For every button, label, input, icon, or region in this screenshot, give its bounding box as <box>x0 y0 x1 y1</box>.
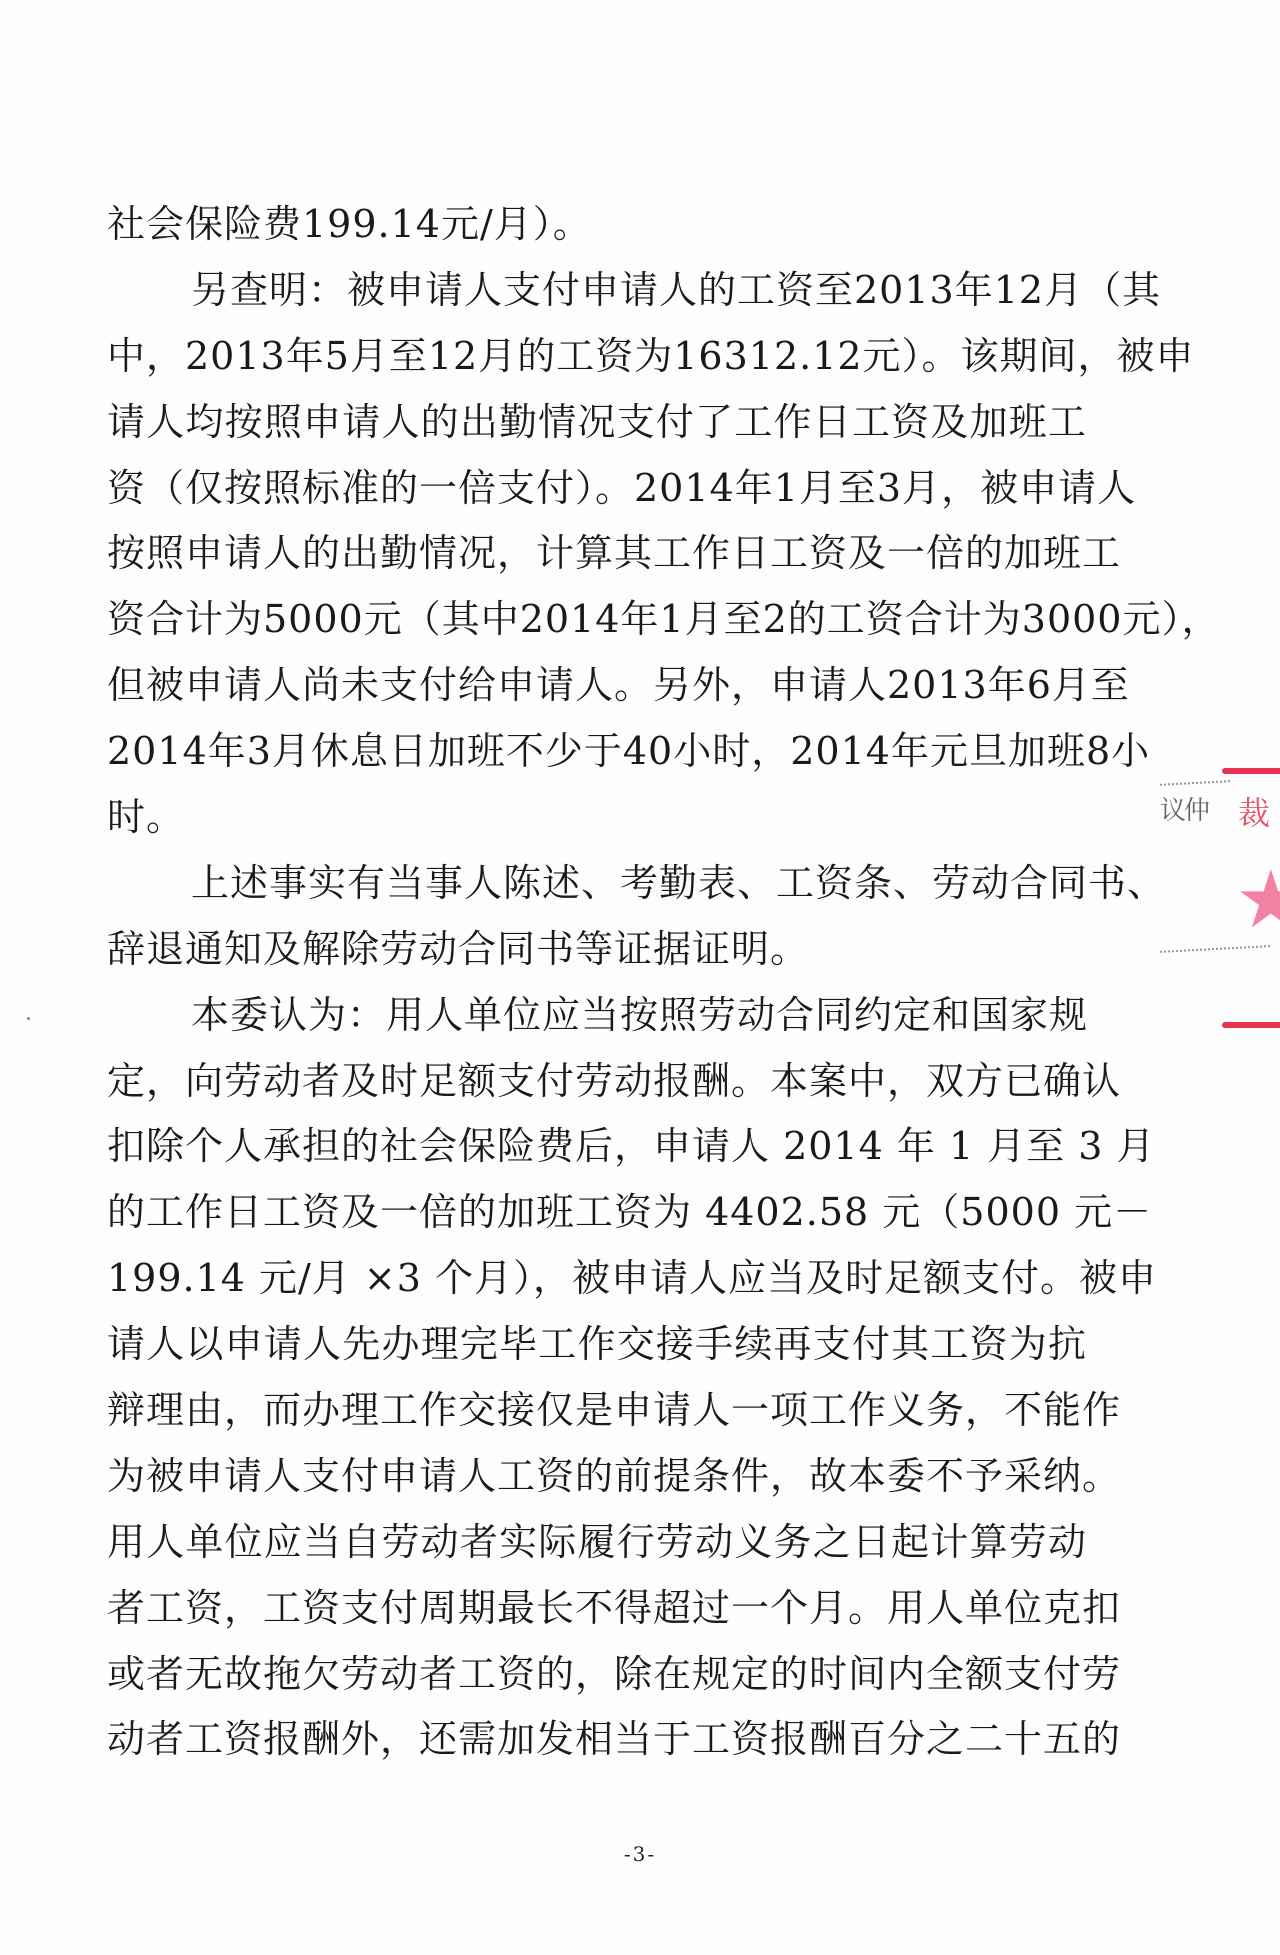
text-line: 时。 <box>107 785 1087 851</box>
text-line: 者工资，工资支付周期最长不得超过一个月。用人单位克扣 <box>107 1576 1087 1642</box>
stamp-bar-top <box>1222 768 1280 774</box>
text-line: 中，2013年5月至12月的工资为16312.12元）。该期间，被申 <box>107 324 1087 390</box>
scan-speck <box>27 1017 30 1020</box>
text-line: 定，向劳动者及时足额支付劳动报酬。本案中，双方已确认 <box>107 1049 1087 1115</box>
stamp-dotted-line <box>1160 780 1230 786</box>
text-line: 请人以申请人先办理完毕工作交接手续再支付其工资为抗 <box>107 1312 1087 1378</box>
document-body: 社会保险费199.14元/月）。 另查明：被申请人支付申请人的工资至2013年1… <box>107 192 1087 1773</box>
text-line: 的工作日工资及一倍的加班工资为 4402.58 元（5000 元－ <box>107 1180 1087 1246</box>
star-icon: ★ <box>1235 860 1280 940</box>
text-line: 199.14 元/月 ×3 个月），被申请人应当及时足额支付。被申 <box>107 1246 1087 1312</box>
text-line: 资合计为5000元（其中2014年1月至2的工资合计为3000元）， <box>107 587 1087 653</box>
page-number: -3- <box>0 1842 1280 1866</box>
text-line: 资（仅按照标准的一倍支付）。2014年1月至3月，被申请人 <box>107 456 1087 522</box>
text-line: 辩理由，而办理工作交接仅是申请人一项工作义务，不能作 <box>107 1378 1087 1444</box>
text-line: 动者工资报酬外，还需加发相当于工资报酬百分之二十五的 <box>107 1707 1087 1773</box>
text-line: 按照申请人的出勤情况，计算其工作日工资及一倍的加班工 <box>107 521 1087 587</box>
stamp-red-text: 裁 <box>1238 788 1270 834</box>
stamp-text: 议仲 <box>1160 790 1208 827</box>
stamp-dotted-line <box>1160 945 1270 953</box>
text-line: 本委认为：用人单位应当按照劳动合同约定和国家规 <box>107 983 1087 1049</box>
text-line: 但被申请人尚未支付给申请人。另外，申请人2013年6月至 <box>107 653 1087 719</box>
text-line: 请人均按照申请人的出勤情况支付了工作日工资及加班工 <box>107 390 1087 456</box>
text-line: 扣除个人承担的社会保险费后，申请人 2014 年 1 月至 3 月 <box>107 1114 1087 1180</box>
stamp-bar-bottom <box>1222 1022 1280 1028</box>
text-line: 用人单位应当自劳动者实际履行劳动义务之日起计算劳动 <box>107 1510 1087 1576</box>
text-line: 另查明：被申请人支付申请人的工资至2013年12月（其 <box>107 258 1087 324</box>
document-page: 社会保险费199.14元/月）。 另查明：被申请人支付申请人的工资至2013年1… <box>0 0 1280 1955</box>
text-line: 社会保险费199.14元/月）。 <box>107 192 1087 258</box>
text-line: 辞退通知及解除劳动合同书等证据证明。 <box>107 917 1087 983</box>
text-line: 或者无故拖欠劳动者工资的，除在规定的时间内全额支付劳 <box>107 1642 1087 1708</box>
text-line: 为被申请人支付申请人工资的前提条件，故本委不予采纳。 <box>107 1444 1087 1510</box>
text-line: 上述事实有当事人陈述、考勤表、工资条、劳动合同书、 <box>107 851 1087 917</box>
seal-stamp: 议仲 裁 ★ <box>1150 760 1280 1040</box>
text-line: 2014年3月休息日加班不少于40小时，2014年元旦加班8小 <box>107 719 1087 785</box>
